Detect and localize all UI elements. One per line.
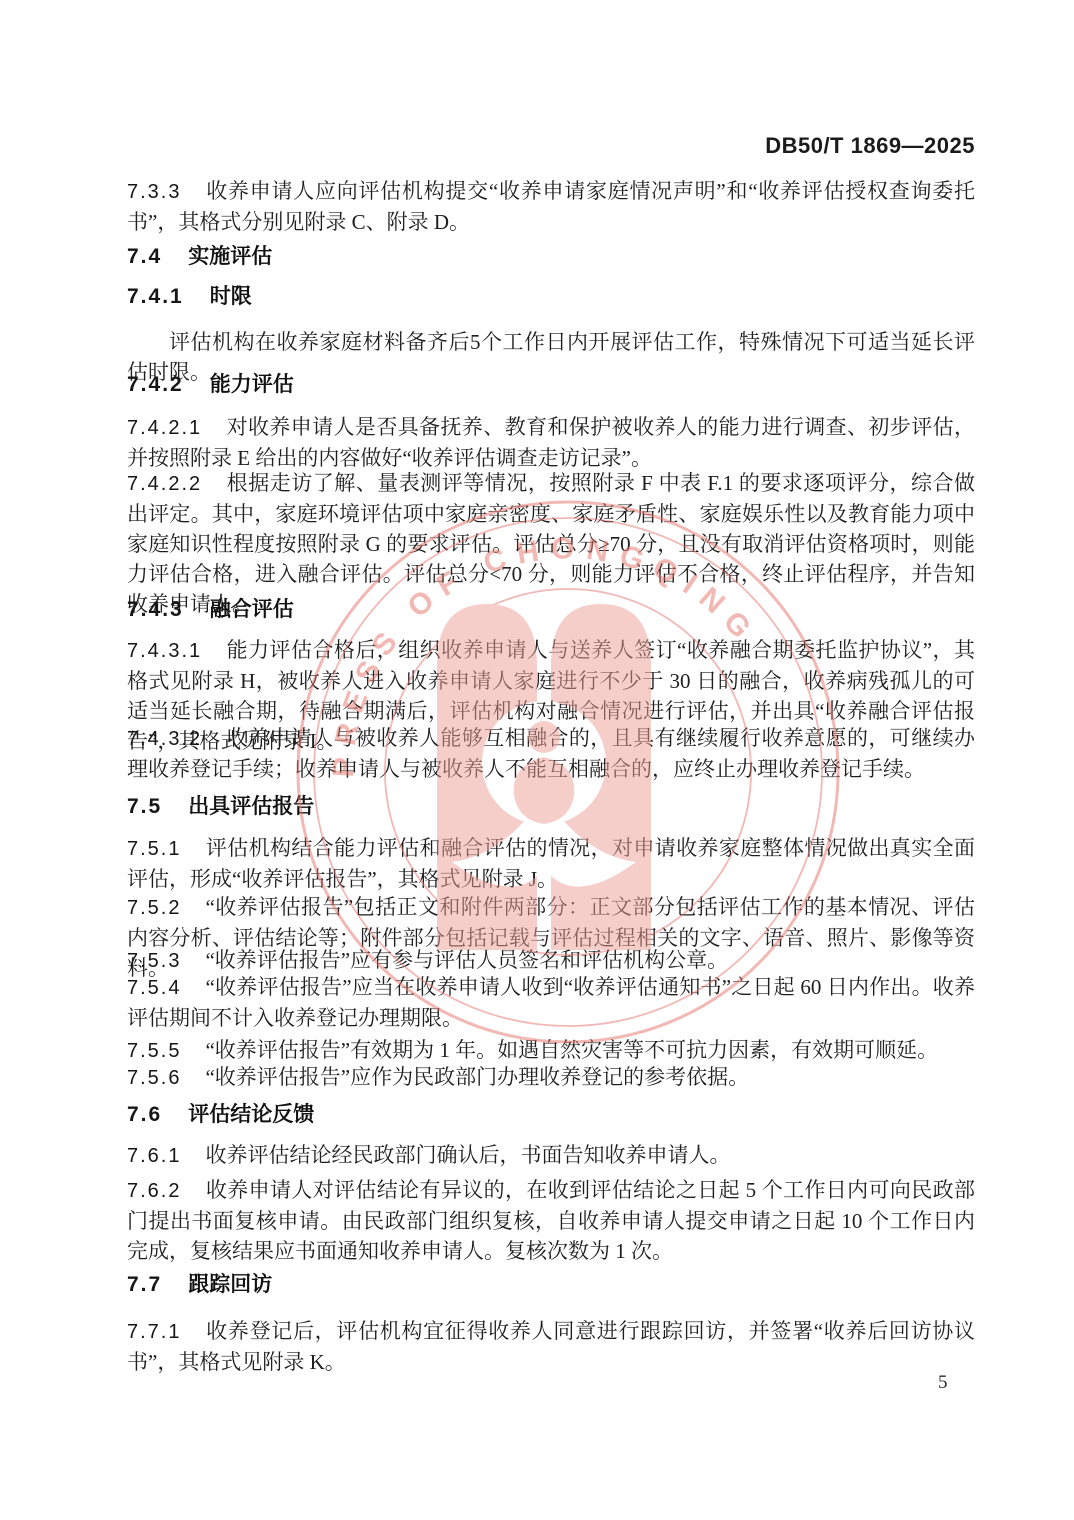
clause-7-5-1: 7.5.1评估机构结合能力评估和融合评估的情况，对申请收养家庭整体情况做出真实全… — [127, 833, 975, 894]
clause-7-6-1: 7.6.1收养评估结论经民政部门确认后，书面告知收养申请人。 — [127, 1140, 975, 1171]
clause-7-3-3: 7.3.3收养申请人应向评估机构提交“收养申请家庭情况声明”和“收养评估授权查询… — [127, 176, 975, 237]
section-heading-7-4-3: 7.4.3融合评估 — [127, 595, 975, 625]
section-heading-7-4-2: 7.4.2能力评估 — [127, 370, 975, 400]
section-number: 7.4.2 — [127, 373, 184, 396]
doc-code: DB50/T 1869—2025 — [765, 133, 975, 159]
clause-number: 7.5.3 — [127, 950, 181, 972]
clause-text: 收养评估结论经民政部门确认后，书面告知收养申请人。 — [205, 1143, 730, 1167]
section-heading-7-5: 7.5出具评估报告 — [127, 792, 975, 822]
clause-text: 收养申请人对评估结论有异议的，在收到评估结论之日起 5 个工作日内可向民政部门提… — [127, 1178, 975, 1263]
clause-text: 评估机构结合能力评估和融合评估的情况，对申请收养家庭整体情况做出真实全面评估，形… — [127, 836, 975, 891]
clause-number: 7.4.3.1 — [127, 640, 202, 662]
clause-number: 7.5.2 — [127, 897, 181, 919]
section-title: 评估结论反馈 — [188, 1103, 314, 1126]
clause-number: 7.5.1 — [127, 838, 181, 860]
clause-text: “收养评估报告”应有参与评估人员签名和评估机构公章。 — [205, 948, 728, 972]
document-page: DB50/T 1869—2025 7.3.3收养申请人应向评估机构提交“收养申请… — [0, 0, 1074, 1520]
section-title: 时限 — [210, 285, 252, 308]
section-title: 跟踪回访 — [188, 1273, 272, 1296]
clause-number: 7.7.1 — [127, 1321, 181, 1343]
section-heading-7-6: 7.6评估结论反馈 — [127, 1100, 975, 1130]
clause-number: 7.5.4 — [127, 977, 181, 999]
section-heading-7-4: 7.4实施评估 — [127, 242, 975, 272]
section-title: 实施评估 — [188, 245, 272, 268]
section-number: 7.6 — [127, 1103, 162, 1126]
clause-7-4-2-1: 7.4.2.1对收养申请人是否具备抚养、教育和保护被收养人的能力进行调查、初步评… — [127, 412, 975, 473]
clause-7-6-2: 7.6.2收养申请人对评估结论有异议的，在收到评估结论之日起 5 个工作日内可向… — [127, 1175, 975, 1266]
clause-number: 7.5.6 — [127, 1067, 181, 1089]
clause-number: 7.3.3 — [127, 181, 181, 203]
clause-number: 7.6.1 — [127, 1145, 181, 1167]
section-title: 出具评估报告 — [188, 795, 314, 818]
clause-number: 7.6.2 — [127, 1180, 181, 1202]
clause-text: 收养登记后，评估机构宜征得收养人同意进行跟踪回访，并签署“收养后回访协议书”，其… — [127, 1319, 975, 1374]
section-heading-7-4-1: 7.4.1时限 — [127, 282, 975, 312]
section-heading-7-7: 7.7跟踪回访 — [127, 1270, 975, 1300]
clause-7-7-1: 7.7.1收养登记后，评估机构宜征得收养人同意进行跟踪回访，并签署“收养后回访协… — [127, 1316, 975, 1377]
section-number: 7.7 — [127, 1273, 162, 1296]
section-number: 7.4.1 — [127, 285, 184, 308]
clause-number: 7.4.2.2 — [127, 473, 202, 495]
clause-text: “收养评估报告”应当在收养申请人收到“收养评估通知书”之日起 60 日内作出。收… — [127, 975, 975, 1030]
clause-number: 7.4.2.1 — [127, 417, 202, 439]
section-number: 7.4.3 — [127, 598, 184, 621]
clause-text: 对收养申请人是否具备抚养、教育和保护被收养人的能力进行调查、初步评估，并按照附录… — [127, 415, 975, 470]
clause-number: 7.5.5 — [127, 1040, 181, 1062]
clause-text: 收养申请人应向评估机构提交“收养申请家庭情况声明”和“收养评估授权查询委托书”，… — [127, 179, 975, 234]
clause-text: 收养申请人与被收养人能够互相融合的，且具有继续履行收养意愿的，可继续办理收养登记… — [127, 726, 975, 781]
clause-text: “收养评估报告”应作为民政部门办理收养登记的参考依据。 — [205, 1065, 749, 1089]
section-title: 能力评估 — [210, 373, 294, 396]
clause-7-5-4: 7.5.4“收养评估报告”应当在收养申请人收到“收养评估通知书”之日起 60 日… — [127, 972, 975, 1033]
clause-number: 7.4.3.2 — [127, 728, 202, 750]
clause-7-4-3-2: 7.4.3.2收养申请人与被收养人能够互相融合的，且具有继续履行收养意愿的，可继… — [127, 723, 975, 784]
section-number: 7.5 — [127, 795, 162, 818]
clause-7-5-6: 7.5.6“收养评估报告”应作为民政部门办理收养登记的参考依据。 — [127, 1062, 975, 1093]
clause-text: “收养评估报告”有效期为 1 年。如遇自然灾害等不可抗力因素，有效期可顺延。 — [205, 1038, 938, 1062]
section-number: 7.4 — [127, 245, 162, 268]
section-title: 融合评估 — [210, 598, 294, 621]
